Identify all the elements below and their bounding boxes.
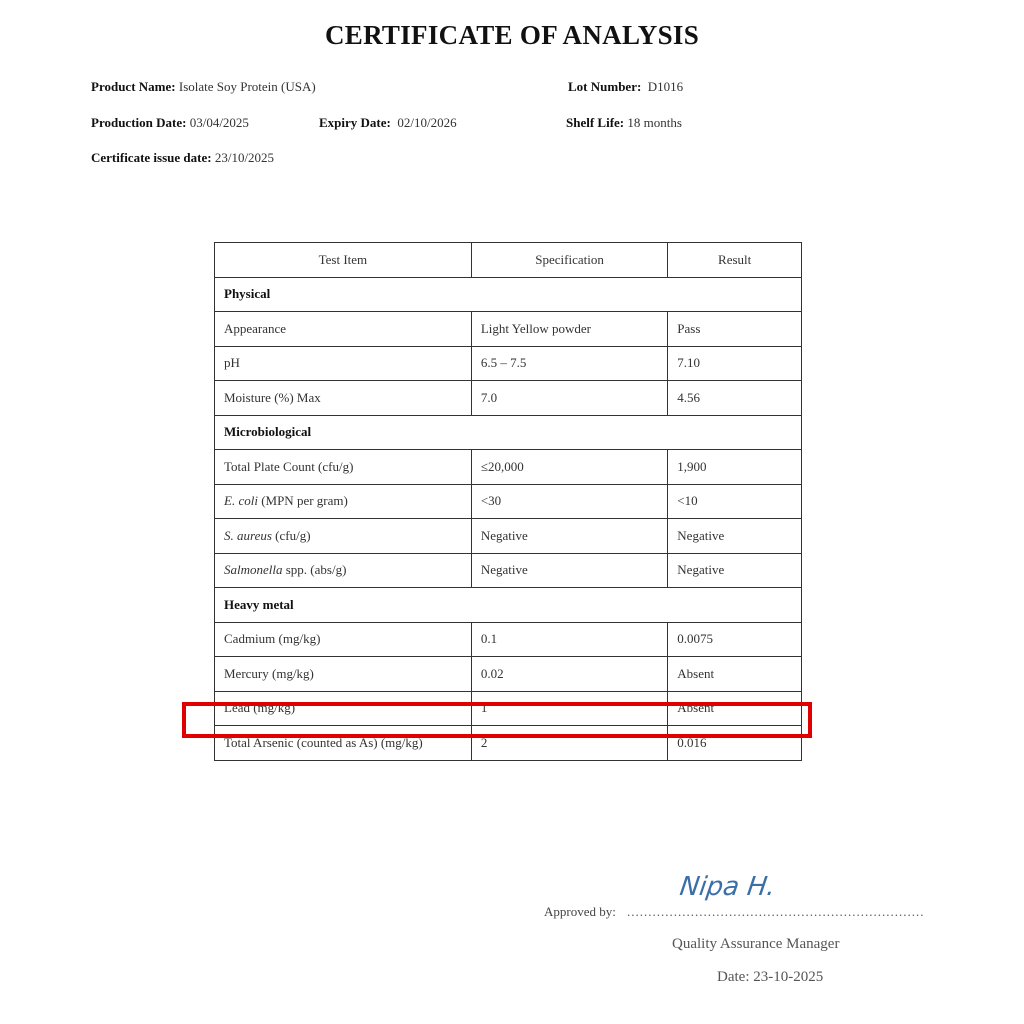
table-row: Cadmium (mg/kg)0.10.0075 — [215, 622, 802, 657]
test-item-text: Appearance — [224, 321, 286, 336]
organism-name: Salmonella — [224, 562, 283, 577]
result-cell: 7.10 — [668, 346, 802, 381]
table-row: S. aureus (cfu/g)NegativeNegative — [215, 519, 802, 554]
test-item-cell: Appearance — [215, 312, 472, 347]
test-item-text: spp. (abs/g) — [283, 562, 347, 577]
header-specification: Specification — [471, 243, 667, 278]
test-item-text: Total Plate Count (cfu/g) — [224, 459, 353, 474]
issue-date-value: 23/10/2025 — [215, 150, 274, 165]
table-row: Total Arsenic (counted as As) (mg/kg)20.… — [215, 726, 802, 761]
test-item-cell: pH — [215, 346, 472, 381]
production-date-field: Production Date: 03/04/2025 — [91, 115, 249, 131]
test-item-cell: Moisture (%) Max — [215, 381, 472, 416]
organism-name: E. coli — [224, 493, 258, 508]
expiry-date-label: Expiry Date: — [319, 115, 391, 130]
specification-cell: 6.5 – 7.5 — [471, 346, 667, 381]
table-body: PhysicalAppearanceLight Yellow powderPas… — [215, 277, 802, 760]
result-cell: Negative — [668, 519, 802, 554]
organism-name: S. aureus — [224, 528, 272, 543]
product-name-value: Isolate Soy Protein (USA) — [179, 79, 316, 94]
section-title: Microbiological — [215, 415, 802, 450]
production-date-value: 03/04/2025 — [190, 115, 249, 130]
specification-cell: 0.02 — [471, 657, 667, 692]
signature: Nipa H. — [678, 872, 777, 902]
shelf-life-value: 18 months — [627, 115, 682, 130]
product-name-field: Product Name: Isolate Soy Protein (USA) — [91, 79, 316, 95]
approval-date: Date: 23-10-2025 — [717, 969, 823, 986]
expiry-date-field: Expiry Date: 02/10/2026 — [319, 115, 457, 131]
result-cell: Negative — [668, 553, 802, 588]
approved-by-label: Approved by: — [544, 904, 616, 920]
header-result: Result — [668, 243, 802, 278]
section-title: Physical — [215, 277, 802, 312]
result-cell: Pass — [668, 312, 802, 347]
table-row: Total Plate Count (cfu/g)≤20,0001,900 — [215, 450, 802, 485]
section-row: Physical — [215, 277, 802, 312]
table-row: pH6.5 – 7.57.10 — [215, 346, 802, 381]
test-item-text: Lead (mg/kg) — [224, 700, 295, 715]
test-item-cell: Salmonella spp. (abs/g) — [215, 553, 472, 588]
specification-cell: 7.0 — [471, 381, 667, 416]
result-cell: <10 — [668, 484, 802, 519]
table-row: Lead (mg/kg)1Absent — [215, 691, 802, 726]
table-row: AppearanceLight Yellow powderPass — [215, 312, 802, 347]
result-cell: Absent — [668, 691, 802, 726]
test-item-cell: E. coli (MPN per gram) — [215, 484, 472, 519]
test-item-text: Total Arsenic (counted as As) (mg/kg) — [224, 735, 423, 750]
result-cell: 4.56 — [668, 381, 802, 416]
test-item-text: pH — [224, 355, 240, 370]
specification-cell: Negative — [471, 553, 667, 588]
table-header-row: Test Item Specification Result — [215, 243, 802, 278]
production-date-label: Production Date: — [91, 115, 186, 130]
test-item-cell: Cadmium (mg/kg) — [215, 622, 472, 657]
section-row: Heavy metal — [215, 588, 802, 623]
table-row: E. coli (MPN per gram)<30<10 — [215, 484, 802, 519]
expiry-date-value: 02/10/2026 — [397, 115, 456, 130]
shelf-life-field: Shelf Life: 18 months — [566, 115, 682, 131]
specification-cell: Negative — [471, 519, 667, 554]
test-item-cell: Lead (mg/kg) — [215, 691, 472, 726]
signature-line: ........................................… — [627, 904, 925, 920]
result-cell: 1,900 — [668, 450, 802, 485]
test-item-cell: S. aureus (cfu/g) — [215, 519, 472, 554]
specification-cell: Light Yellow powder — [471, 312, 667, 347]
test-item-cell: Total Plate Count (cfu/g) — [215, 450, 472, 485]
specification-cell: 2 — [471, 726, 667, 761]
test-item-text: Cadmium (mg/kg) — [224, 631, 320, 646]
issue-date-field: Certificate issue date: 23/10/2025 — [91, 150, 274, 166]
test-item-text: Moisture (%) Max — [224, 390, 321, 405]
result-cell: Absent — [668, 657, 802, 692]
lot-number-label: Lot Number: — [568, 79, 641, 94]
specification-cell: 0.1 — [471, 622, 667, 657]
result-cell: 0.016 — [668, 726, 802, 761]
table-row: Mercury (mg/kg)0.02Absent — [215, 657, 802, 692]
table-row: Moisture (%) Max7.04.56 — [215, 381, 802, 416]
test-item-text: (MPN per gram) — [258, 493, 348, 508]
lot-number-field: Lot Number: D1016 — [568, 79, 683, 95]
issue-date-label: Certificate issue date: — [91, 150, 212, 165]
test-item-cell: Mercury (mg/kg) — [215, 657, 472, 692]
specification-cell: <30 — [471, 484, 667, 519]
specification-cell: ≤20,000 — [471, 450, 667, 485]
result-cell: 0.0075 — [668, 622, 802, 657]
table-row: Salmonella spp. (abs/g)NegativeNegative — [215, 553, 802, 588]
shelf-life-label: Shelf Life: — [566, 115, 624, 130]
specification-cell: 1 — [471, 691, 667, 726]
test-item-text: (cfu/g) — [272, 528, 311, 543]
analysis-table: Test Item Specification Result PhysicalA… — [214, 242, 802, 761]
document-title: CERTIFICATE OF ANALYSIS — [0, 20, 1024, 51]
test-item-cell: Total Arsenic (counted as As) (mg/kg) — [215, 726, 472, 761]
product-name-label: Product Name: — [91, 79, 176, 94]
section-title: Heavy metal — [215, 588, 802, 623]
section-row: Microbiological — [215, 415, 802, 450]
header-test-item: Test Item — [215, 243, 472, 278]
approver-role: Quality Assurance Manager — [672, 936, 839, 953]
lot-number-value: D1016 — [648, 79, 683, 94]
test-item-text: Mercury (mg/kg) — [224, 666, 314, 681]
